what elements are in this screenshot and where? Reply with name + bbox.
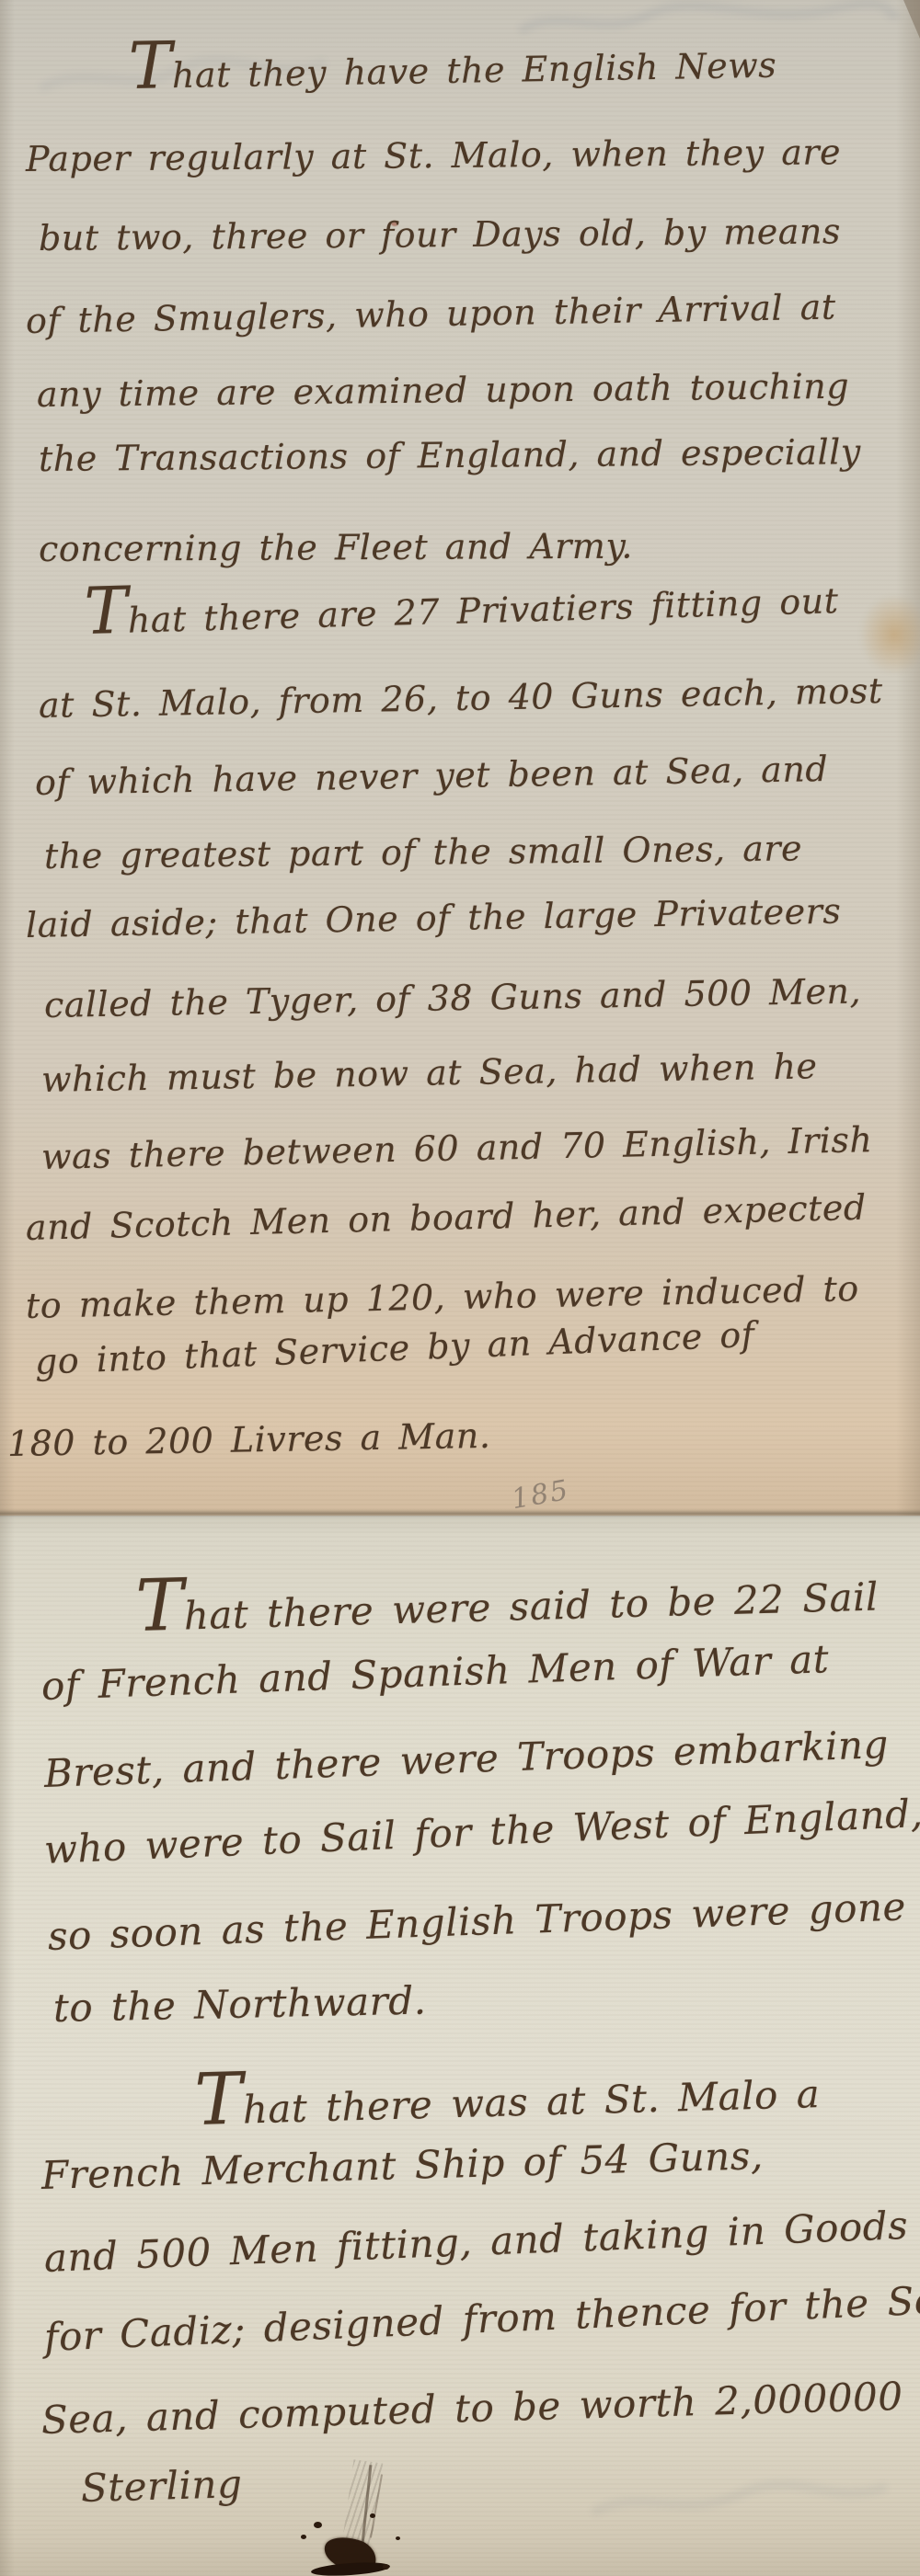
manuscript-line-p2-1-6: to the Northward.: [52, 1979, 426, 2032]
manuscript-line-p1-2-5: laid aside; that One of the large Privat…: [26, 892, 842, 946]
manuscript-line-p2-2-1: That there was at St. Malo a: [194, 2072, 820, 2134]
initial-capital: T: [134, 1564, 184, 1648]
manuscript-line-p1-2-7: which must be now at Sea, had when he: [41, 1047, 818, 1100]
manuscript-line-p1-1-2: Paper regularly at St. Malo, when they a…: [26, 132, 841, 179]
manuscript-line-p2-2-4: for Cadiz; designed from thence for the …: [43, 2278, 920, 2361]
manuscript-line-p1-1-4: of the Smuglers, who upon their Arrival …: [26, 288, 836, 342]
text-layer: That they have the English NewsPaper reg…: [0, 0, 920, 2576]
manuscript-line-p1-1-6: the Transactions of England, and especia…: [39, 432, 861, 479]
manuscript-line-p1-2-12: 180 to 200 Livres a Man.: [7, 1416, 491, 1465]
initial-capital: T: [84, 573, 129, 649]
manuscript-line-p1-1-3: but two, three or four Days old, by mean…: [39, 212, 841, 258]
manuscript-line-p1-2-1: That there are 27 Privatiers fitting out: [84, 581, 839, 643]
manuscript-line-p1-2-3: of which have never yet been at Sea, and: [35, 750, 829, 804]
initial-capital: T: [128, 28, 172, 104]
manuscript-line-p2-1-3: Brest, and there were Troops embarking: [43, 1723, 890, 1796]
manuscript-line-p2-1-5: so soon as the English Troops were gone: [47, 1884, 906, 1959]
manuscript-photo: That they have the English NewsPaper reg…: [0, 0, 920, 2576]
manuscript-line-p2-1-4: who were to Sail for the West of England…: [43, 1792, 920, 1872]
manuscript-line-p2-2-3: and 500 Men fitting, and taking in Goods: [43, 2204, 909, 2281]
manuscript-line-p1-2-11: go into that Service by an Advance of: [34, 1315, 755, 1383]
manuscript-line-p1-2-4: the greatest part of the small Ones, are: [44, 829, 802, 876]
manuscript-line-p1-2-6: called the Tyger, of 38 Guns and 500 Men…: [44, 972, 862, 1026]
manuscript-line-p2-1-1: That there were said to be 22 Sail: [135, 1574, 879, 1640]
manuscript-line-p1-2-2: at St. Malo, from 26, to 40 Guns each, m…: [39, 671, 883, 727]
manuscript-line-p2-2-2: French Merchant Ship of 54 Guns,: [40, 2134, 764, 2198]
manuscript-line-p2-2-5: Sea, and computed to be worth 2,000000: [40, 2375, 903, 2443]
manuscript-line-p1-2-9: and Scotch Men on board her, and expecte…: [25, 1188, 867, 1249]
manuscript-line-p1-1-1: That they have the English News: [129, 46, 777, 97]
initial-capital: T: [193, 2058, 243, 2142]
manuscript-line-p1-1-5: any time are examined upon oath touching: [37, 367, 850, 416]
manuscript-line-p1-1-7: concerning the Fleet and Army.: [39, 527, 633, 570]
manuscript-line-p2-2-6: Sterling: [80, 2462, 243, 2511]
manuscript-line-p2-1-2: of French and Spanish Men of War at: [40, 1637, 830, 1709]
manuscript-line-p1-2-8: was there between 60 and 70 English, Iri…: [41, 1120, 873, 1178]
